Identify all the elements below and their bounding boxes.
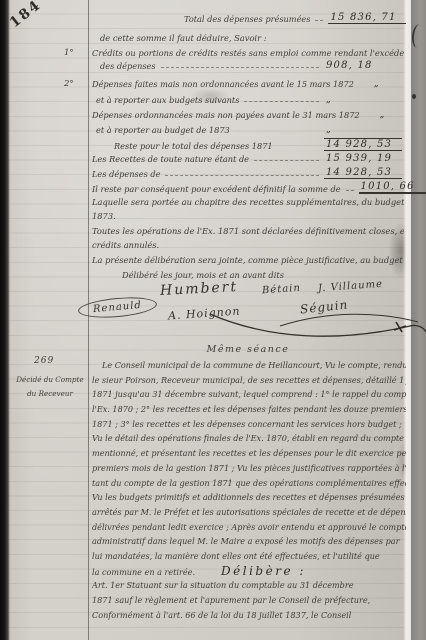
signature-flourish [180, 292, 426, 350]
body-line: tant du compte de la gestion 1871 que de… [92, 476, 406, 491]
excedent-amount: 1010, 66 [359, 181, 426, 194]
entry-number: 269 [34, 356, 54, 366]
dash-leader [254, 160, 319, 161]
deduction-2-line2: et à reporter aux budgets suivants [96, 95, 239, 105]
body-line: Le Conseil municipal de la commune de He… [92, 358, 406, 373]
depenses-label: Les dépenses de [92, 169, 160, 179]
recettes-label: Les Recettes de toute nature étant de [92, 154, 249, 164]
reste-row: Reste pour le total des dépenses 1871 14… [92, 138, 402, 151]
body-line-delibere: la commune en a retirée.Délibère : [92, 564, 406, 579]
reste-amount: 14 928, 53 [324, 138, 402, 151]
body-line: 1871 ; 3° les recettes et les dépenses c… [92, 417, 406, 432]
margin-note: Décidé du Compte du Receveur [12, 373, 88, 401]
deduction-3-row1: Dépenses ordonnancées mais non payées av… [92, 110, 402, 120]
body-line: 1871 sauf le règlement et l'apurement pa… [92, 593, 406, 608]
total-label: Total des dépenses présumées [184, 14, 310, 24]
deduction-3-row2: et à reporter au budget de 1873 „ [92, 125, 402, 135]
ink-speck [412, 94, 416, 99]
depenses-amount: 14 928, 53 [324, 167, 402, 179]
total-amount: 15 836, 71 [328, 12, 406, 24]
margin-note-line1: Décidé du Compte [12, 373, 88, 387]
body-line: arrêtés par M. le Préfet et les autorisa… [92, 505, 406, 520]
scanned-ledger-page: 184 Total des dépenses présumées 15 836,… [0, 0, 426, 640]
body-line: la commune en a retirée. [92, 567, 195, 577]
body-line: délivrées pendant ledit exercice ; Après… [92, 520, 406, 535]
section-heading: Même séance [92, 344, 404, 355]
dash-leader [315, 20, 323, 21]
deduction-3-line1: Dépenses ordonnancées mais non payées av… [92, 110, 360, 120]
dash-leader [161, 67, 319, 68]
body-line: premiers mois de la gestion 1871 ; Vu le… [92, 461, 406, 476]
body-line: mentionné, et présentant les recettes et… [92, 446, 406, 461]
reste-label: Reste pour le total des dépenses 1871 [114, 141, 273, 151]
deduction-1-amount-row: des dépenses 908, 18 [92, 60, 402, 71]
body-line: le sieur Poirson, Receveur municipal, de… [92, 373, 406, 388]
closing-line-4: crédits annulés. [92, 240, 404, 250]
margin-note-line2: du Receveur [12, 387, 88, 401]
item-1-marker: 1° [64, 48, 74, 58]
body-line: lui mandatées, la manière dont elles ont… [92, 549, 406, 564]
recettes-amount: 15 939, 19 [324, 153, 402, 164]
deduction-2-row1: Dépenses faites mais non ordonnancées av… [92, 79, 402, 89]
delibere-label: Délibère : [221, 564, 306, 578]
deduction-1-amount: 908, 18 [324, 60, 402, 71]
closing-line-1: Laquelle sera portée au chapitre des rec… [92, 197, 404, 207]
excedent-label: Il reste par conséquent pour excédent dé… [92, 184, 341, 194]
dash-leader [244, 101, 319, 102]
recettes-row: Les Recettes de toute nature étant de 15… [92, 153, 402, 164]
item-2-marker: 2° [64, 79, 74, 89]
book-binding-edge [0, 0, 10, 640]
body-line: administratif dans lequel M. le Maire a … [92, 534, 406, 549]
deduction-1-line2: des dépenses [100, 61, 156, 71]
body-line: l'Ex. 1870 ; 2° les recettes et les dépe… [92, 402, 406, 417]
ditto-mark: „ [372, 79, 426, 89]
body-line: Vu le détail des opérations finales de l… [92, 431, 406, 446]
total-row: Total des dépenses présumées 15 836, 71 [92, 12, 402, 24]
body-line: 1871 jusqu'au 31 décembre suivant, leque… [92, 387, 406, 402]
ditto-mark: „ [324, 95, 402, 105]
dash-leader [346, 190, 354, 191]
depenses-row: Les dépenses de 14 928, 53 [92, 167, 402, 179]
deduction-1-line1: Crédits ou portions de crédits restés sa… [92, 48, 404, 58]
deduction-3-line2: et à reporter au budget de 1873 [96, 125, 230, 135]
closing-line-2: 1873. [92, 211, 404, 221]
body-line: Vu les budgets primitifs et additionnels… [92, 490, 406, 505]
deduction-intro: de cette somme il faut déduire, Savoir : [100, 33, 412, 43]
body-line: Conformément à l'art. 66 de la loi du 18… [92, 608, 406, 623]
body-line: Art. 1er Statuant sur la situation du co… [92, 578, 406, 593]
deduction-2-line1: Dépenses faites mais non ordonnancées av… [92, 79, 354, 89]
closing-line-3: Toutes les opérations de l'Ex. 1871 sont… [92, 226, 404, 236]
dash-leader [165, 175, 319, 176]
closing-line-5: La présente délibération sera jointe, co… [92, 255, 404, 265]
ditto-mark: „ [324, 125, 402, 135]
margin-rule [88, 0, 89, 640]
deliberation-body: Le Conseil municipal de la commune de He… [92, 358, 406, 622]
ditto-mark: „ [378, 110, 426, 120]
excedent-row: Il reste par conséquent pour excédent dé… [92, 181, 402, 194]
deduction-2-row2: et à reporter aux budgets suivants „ [92, 95, 402, 105]
